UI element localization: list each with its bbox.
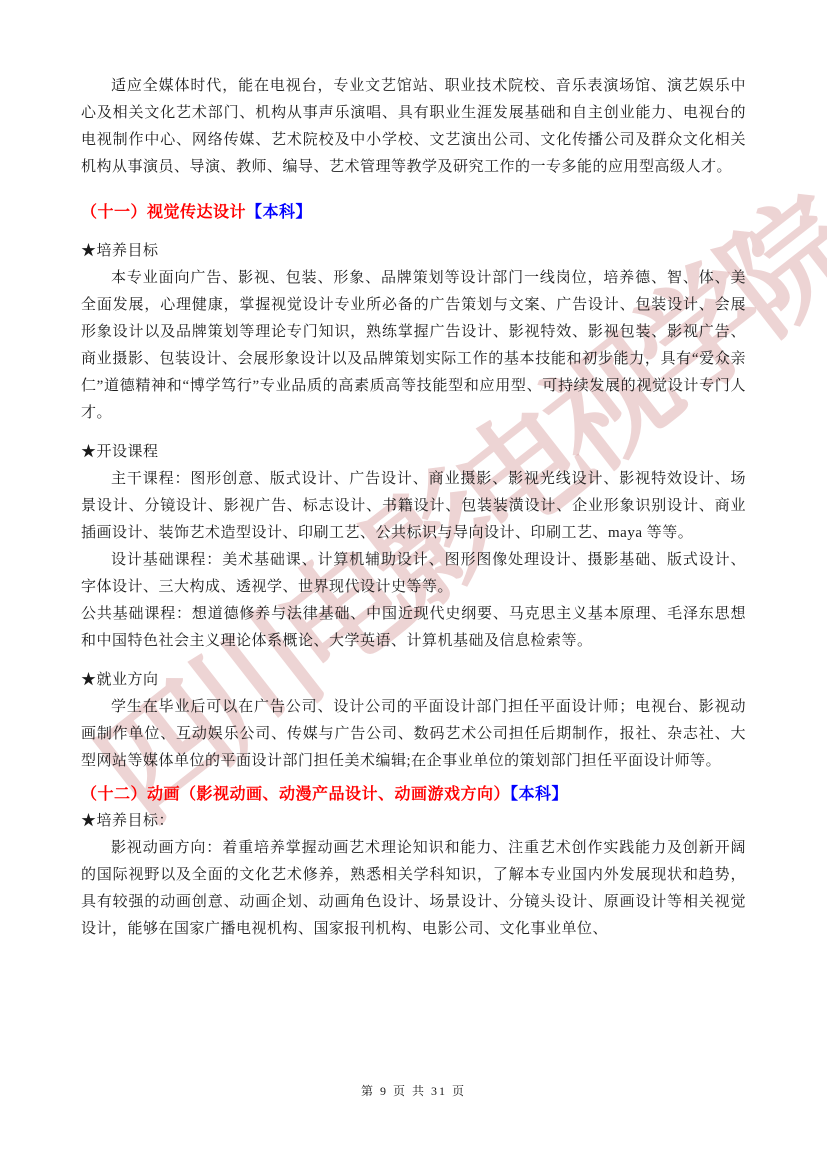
section-12-goal-label: ★培养目标：	[81, 808, 746, 835]
document-page: 四川电影电视学院 适应全媒体时代，能在电视台，专业文艺馆站、职业技术院校、音乐表…	[0, 0, 827, 1169]
section-12-goal-paragraph: 影视动画方向：着重培养掌握动画艺术理论知识和能力、注重艺术创作实践能力及创新开阔…	[81, 835, 746, 943]
intro-paragraph: 适应全媒体时代，能在电视台，专业文艺馆站、职业技术院校、音乐表演场馆、演艺娱乐中…	[81, 73, 746, 181]
section-12-degree-tag: 【本科】	[510, 786, 568, 803]
section-11-courses-design-paragraph: 设计基础课程：美术基础课、计算机辅助设计、图形图像处理设计、摄影基础、版式设计、…	[81, 547, 746, 601]
section-11-jobs-paragraph: 学生在毕业后可以在广告公司、设计公司的平面设计部门担任平面设计师；电视台、影视动…	[81, 694, 746, 775]
section-11-degree-tag: 【本科】	[246, 204, 312, 221]
section-11-courses-label: ★开设课程	[81, 439, 746, 466]
section-11-goal-paragraph: 本专业面向广告、影视、包装、形象、品牌策划等设计部门一线岗位，培养德、智、体、美…	[81, 265, 746, 427]
section-12-heading: （十二）动画（影视动画、动漫产品设计、动画游戏方向）【本科】	[81, 781, 746, 808]
section-11-goal-label: ★培养目标	[81, 238, 746, 265]
section-11-jobs-label: ★就业方向	[81, 667, 746, 694]
section-11-courses-public-paragraph: 公共基础课程：想道德修养与法律基础、中国近现代史纲要、马克思主义基本原理、毛泽东…	[81, 601, 746, 655]
page-content: 适应全媒体时代，能在电视台，专业文艺馆站、职业技术院校、音乐表演场馆、演艺娱乐中…	[0, 0, 827, 943]
section-11-heading: （十一）视觉传达设计【本科】	[81, 199, 746, 226]
section-12-title: （十二）动画（影视动画、动漫产品设计、动画游戏方向）	[81, 786, 510, 803]
section-11-courses-main-paragraph: 主干课程：图形创意、版式设计、广告设计、商业摄影、影视光线设计、影视特效设计、场…	[81, 466, 746, 547]
page-number-footer: 第 9 页 共 31 页	[0, 1082, 827, 1099]
section-11-title: （十一）视觉传达设计	[81, 204, 246, 221]
